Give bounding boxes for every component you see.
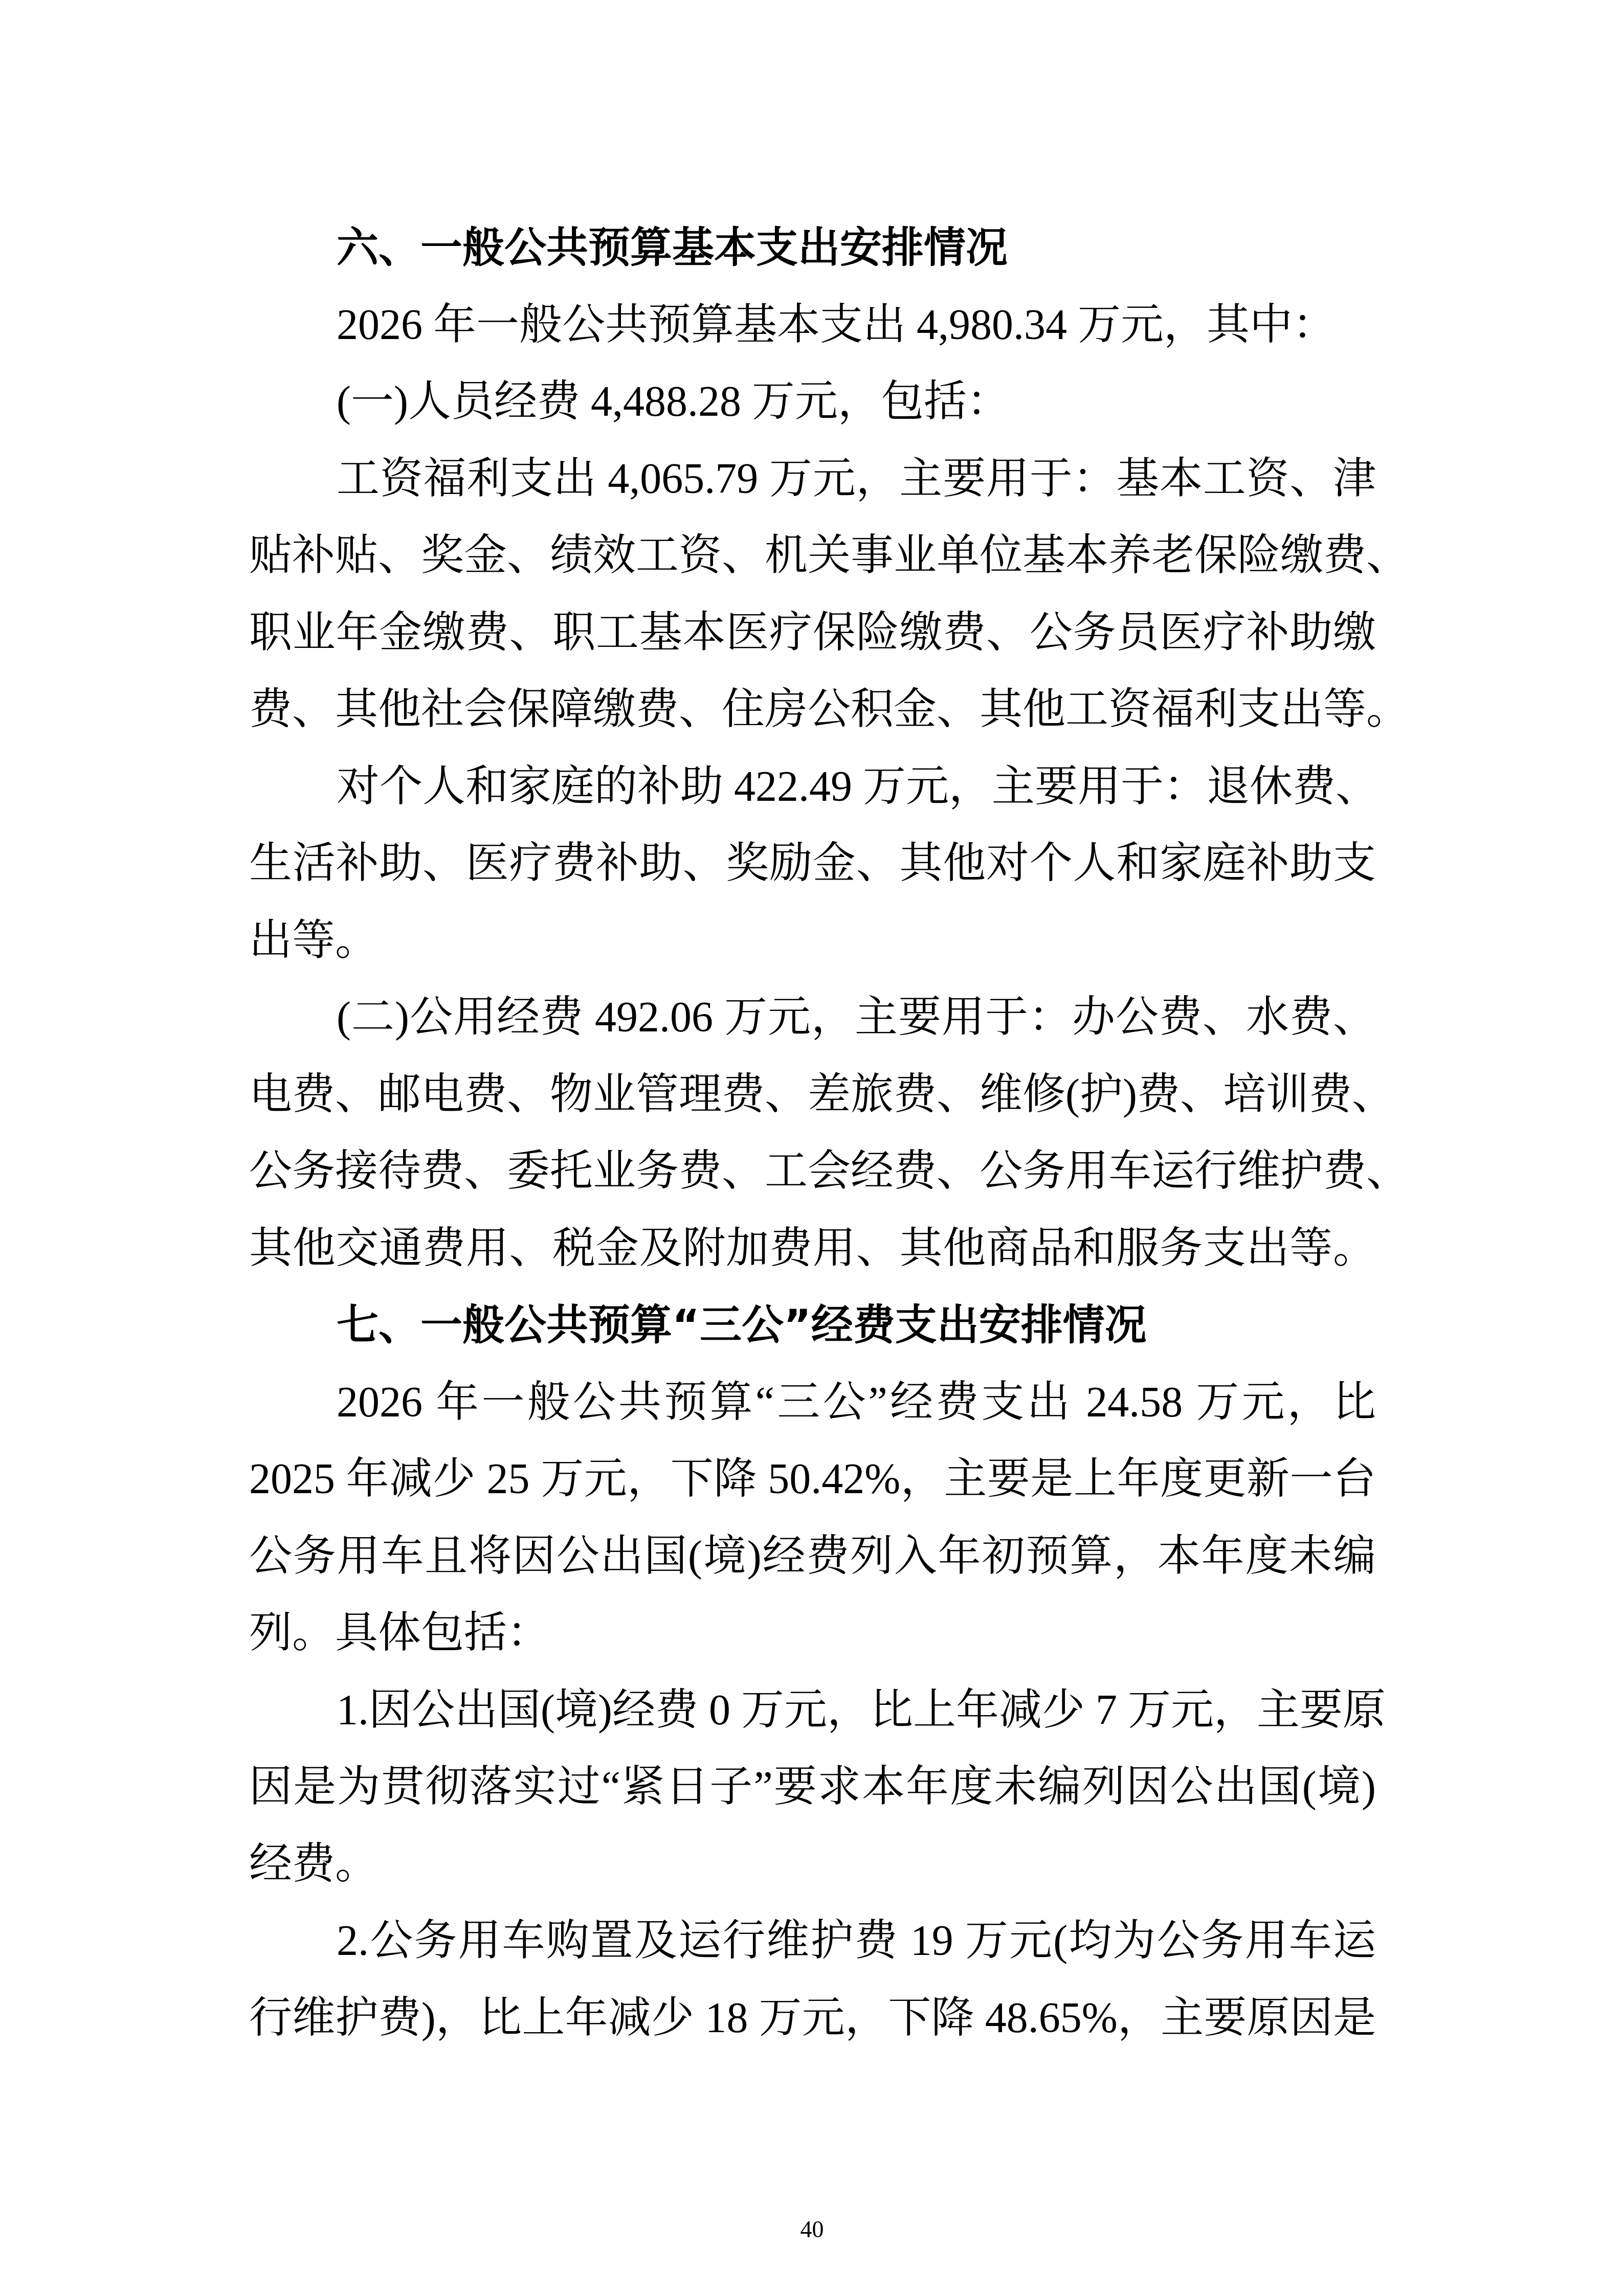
section-heading-6: 六、一般公共预算基本支出安排情况 [249,210,1376,287]
paragraph-line: 列。具体包括： [249,1595,1376,1672]
paragraph-line: 其他交通费用、税金及附加费用、其他商品和服务支出等。 [249,1210,1376,1288]
paragraph-line: 生活补助、医疗费补助、奖励金、其他对个人和家庭补助支 [249,825,1376,903]
page-number: 40 [0,2214,1624,2245]
paragraph-line: 2026 年一般公共预算“三公”经费支出 24.58 万元，比 [249,1364,1376,1442]
document-page: 六、一般公共预算基本支出安排情况 2026 年一般公共预算基本支出 4,980.… [0,0,1624,2296]
body-text: 六、一般公共预算基本支出安排情况 2026 年一般公共预算基本支出 4,980.… [249,210,1376,2057]
section-heading-7: 七、一般公共预算“三公”经费支出安排情况 [249,1287,1376,1364]
paragraph-line: 贴补贴、奖金、绩效工资、机关事业单位基本养老保险缴费、 [249,517,1376,595]
paragraph-line: (二)公用经费 492.06 万元，主要用于：办公费、水费、 [249,979,1376,1056]
paragraph-line: 2025 年减少 25 万元，下降 50.42%，主要是上年度更新一台 [249,1441,1376,1518]
paragraph-line: 2026 年一般公共预算基本支出 4,980.34 万元，其中： [249,287,1376,364]
paragraph-line: 行维护费)，比上年减少 18 万元，下降 48.65%，主要原因是 [249,1980,1376,2057]
paragraph-line: 工资福利支出 4,065.79 万元，主要用于：基本工资、津 [249,441,1376,518]
paragraph-line: 费、其他社会保障缴费、住房公积金、其他工资福利支出等。 [249,671,1376,749]
paragraph-line: 公务用车且将因公出国(境)经费列入年初预算，本年度未编 [249,1518,1376,1595]
paragraph-line: 出等。 [249,903,1376,980]
paragraph-line: 公务接待费、委托业务费、工会经费、公务用车运行维护费、 [249,1133,1376,1210]
paragraph-line: 经费。 [249,1826,1376,1903]
paragraph-line: (一)人员经费 4,488.28 万元，包括： [249,364,1376,441]
paragraph-line: 职业年金缴费、职工基本医疗保险缴费、公务员医疗补助缴 [249,595,1376,672]
paragraph-line: 因是为贯彻落实过“紧日子”要求本年度未编列因公出国(境) [249,1749,1376,1826]
paragraph-line: 1.因公出国(境)经费 0 万元，比上年减少 7 万元，主要原 [249,1672,1376,1749]
paragraph-line: 电费、邮电费、物业管理费、差旅费、维修(护)费、培训费、 [249,1056,1376,1134]
paragraph-line: 2.公务用车购置及运行维护费 19 万元(均为公务用车运 [249,1903,1376,1980]
paragraph-line: 对个人和家庭的补助 422.49 万元，主要用于：退休费、 [249,749,1376,826]
